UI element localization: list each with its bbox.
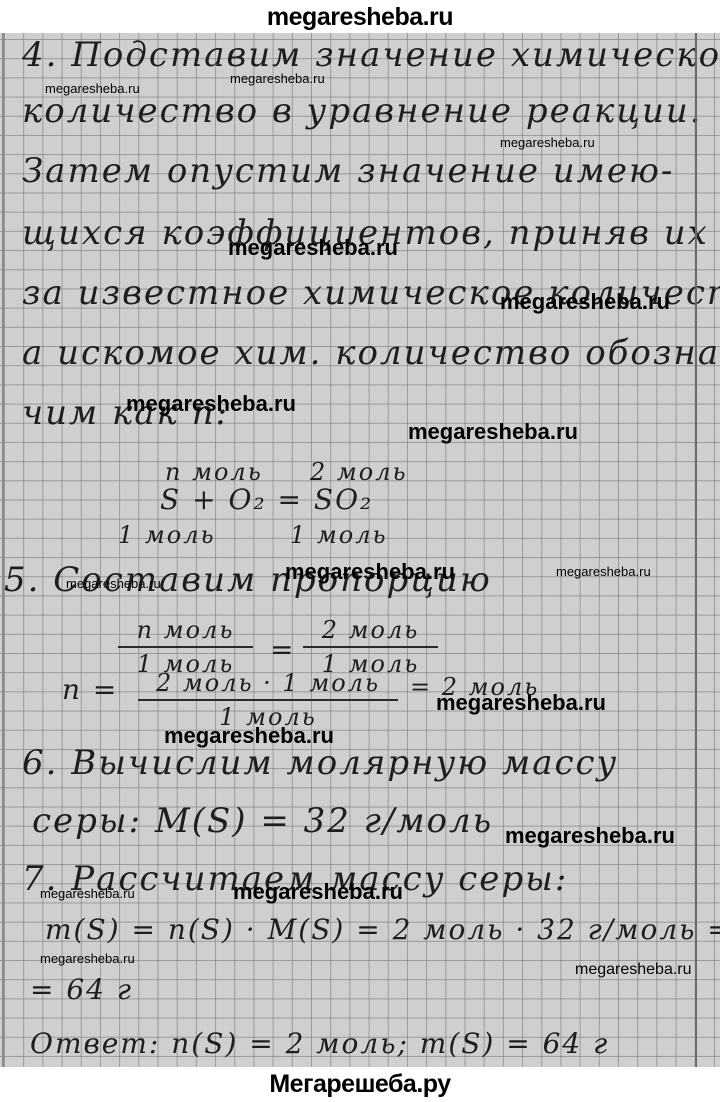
step4-line-6: а искомое хим. количество обозна- xyxy=(22,333,720,373)
step7-calc-line-2: = 64 г xyxy=(30,973,133,1006)
watermark: megaresheba.ru xyxy=(230,71,325,86)
watermark: megaresheba.ru xyxy=(126,391,296,417)
reaction-formula: S + O₂ = SO₂ xyxy=(160,483,373,516)
proportion-equals: = xyxy=(270,633,295,666)
watermark: megaresheba.ru xyxy=(505,823,675,849)
watermark: megaresheba.ru xyxy=(500,289,670,315)
step6-line-1: 6. Вычислим молярную массу xyxy=(22,743,618,783)
proportion-right-num: 2 моль xyxy=(303,616,438,644)
proportion-left-num: n моль xyxy=(118,616,253,644)
solve-fraction: 2 моль · 1 моль 1 моль xyxy=(138,669,398,731)
equation-top-right: 2 моль xyxy=(310,458,408,486)
watermark: megaresheba.ru xyxy=(233,879,403,905)
watermark: megaresheba.ru xyxy=(408,419,578,445)
equation-bottom-left: 1 моль xyxy=(118,521,216,549)
watermark: megaresheba.ru xyxy=(228,235,398,261)
site-footer: Мегарешеба.ру xyxy=(0,1067,720,1102)
watermark: megaresheba.ru xyxy=(40,951,135,966)
watermark: megaresheba.ru xyxy=(575,961,692,979)
watermark: megaresheba.ru xyxy=(66,576,161,591)
watermark: megaresheba.ru xyxy=(436,690,606,716)
solve-lhs: n = xyxy=(62,673,118,706)
site-header: megaresheba.ru xyxy=(0,0,720,34)
watermark: megaresheba.ru xyxy=(285,559,455,585)
watermark: megaresheba.ru xyxy=(500,135,595,150)
watermark: megaresheba.ru xyxy=(164,723,334,749)
step4-line-3: Затем опустим значение имею- xyxy=(22,151,674,191)
step4-line-1: 4. Подставим значение химического xyxy=(22,35,720,75)
watermark: megaresheba.ru xyxy=(45,81,140,96)
notebook-page: 4. Подставим значение химического количе… xyxy=(0,33,720,1067)
answer-line: Ответ: n(S) = 2 моль; m(S) = 64 г xyxy=(30,1027,609,1060)
step4-line-2: количество в уравнение реакции. xyxy=(22,91,703,131)
watermark: megaresheba.ru xyxy=(556,564,651,579)
equation-bottom-right: 1 моль xyxy=(290,521,388,549)
step6-line-2: серы: M(S) = 32 г/моль xyxy=(32,801,493,841)
watermark: megaresheba.ru xyxy=(40,886,135,901)
step7-calc-line-1: m(S) = n(S) · M(S) = 2 моль · 32 г/моль … xyxy=(45,913,720,946)
solve-num: 2 моль · 1 моль xyxy=(138,669,398,697)
equation-top-left: n моль xyxy=(165,458,263,486)
